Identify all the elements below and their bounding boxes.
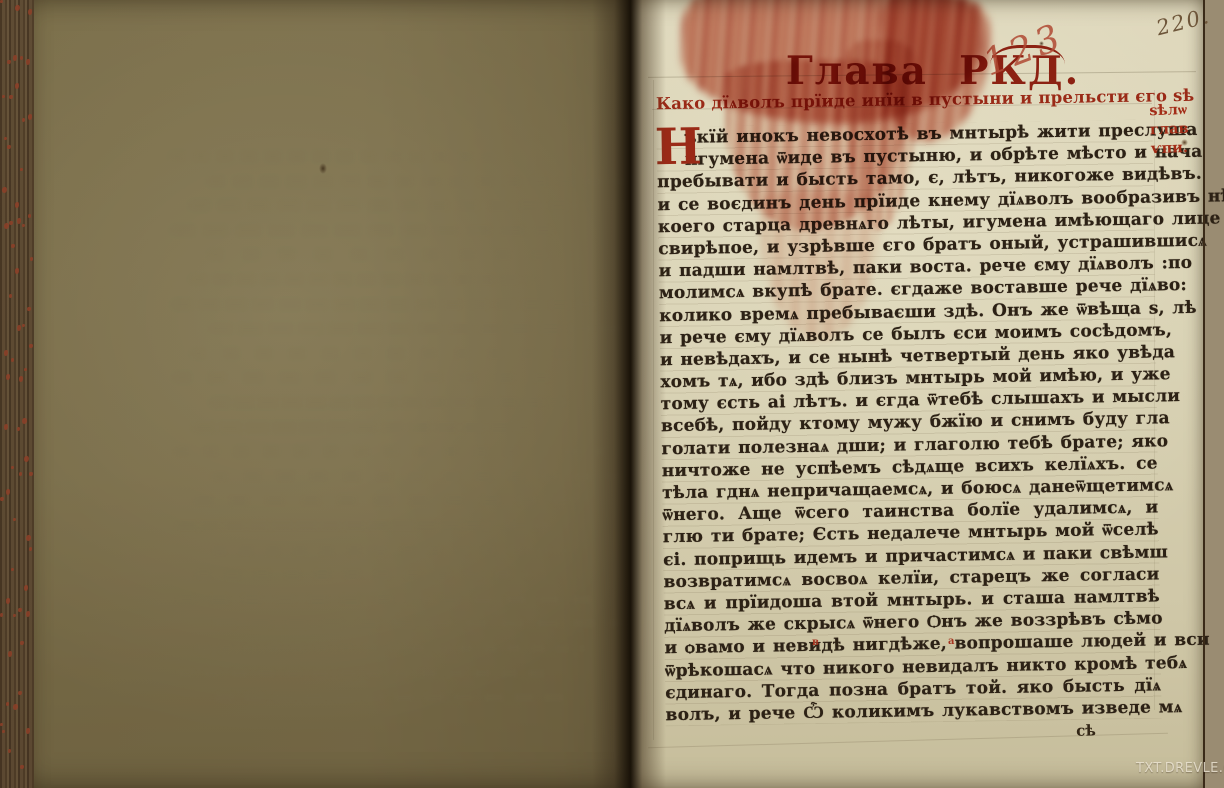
fore-edge-speckle: [19, 376, 23, 381]
fore-edge-speckle: [7, 60, 11, 65]
fore-edge-speckle: [9, 95, 13, 100]
fore-edge-speckle: [24, 456, 29, 462]
fore-edge-speckle: [11, 244, 14, 248]
bleed-through-text-row: [191, 349, 589, 358]
chapter-heading-word: Глава: [786, 48, 928, 94]
fore-edge-speckle: [2, 187, 7, 193]
bleed-through-text-row: [173, 373, 552, 382]
fore-edge-speckle: [13, 704, 18, 710]
bleed-through-text-row: [189, 201, 591, 210]
catchword: сѣ: [1076, 721, 1096, 739]
bleed-through-text-row: [190, 275, 535, 284]
ink-speck: [683, 444, 687, 448]
text-block: Како дїѧволъ прїиде инїи в пустыни и пре…: [656, 86, 1162, 726]
fore-edge-speckle: [18, 608, 22, 613]
fore-edge-speckle: [22, 324, 25, 327]
manuscript-body: ѣкїй инокъ невосхотѣ въ мнтырѣ жити прес…: [656, 119, 1161, 726]
bleed-through-text-row: [207, 177, 628, 186]
fore-edge-speckle: [28, 114, 32, 119]
fore-edge-speckle: [0, 0, 3, 3]
fore-edge-speckle: [22, 418, 27, 424]
fore-edge-speckle: [8, 651, 12, 656]
fore-edge-speckle: [6, 598, 10, 603]
fore-edge-speckle: [20, 765, 23, 769]
bleed-through-text-row: [214, 693, 566, 702]
bleed-through-text-row: [209, 324, 626, 333]
fore-edge-speckle: [15, 268, 19, 273]
fore-edge-speckle: [28, 9, 32, 15]
fore-edge-speckle: [15, 202, 19, 208]
fore-edge-speckle: [11, 568, 14, 571]
bleed-through-text-row: [174, 447, 606, 456]
fore-edge-speckle: [17, 325, 21, 330]
site-watermark: TXT.DREVLE.COM: [1136, 761, 1224, 776]
book-scan: Глава РКД. 220. 123 ѕѣлѡ глав ѵпи. Како …: [0, 0, 1224, 788]
ink-blot: [319, 163, 327, 174]
fore-edge-speckle: [27, 307, 31, 312]
interlinear-mark: а: [948, 636, 954, 647]
fore-edge-speckle: [7, 145, 10, 149]
bleed-through-text-row: [175, 521, 550, 530]
bleed-through-text-row: [170, 152, 500, 161]
bleed-through-text-row: [194, 570, 531, 579]
fore-edge-speckle: [0, 497, 3, 501]
bleed-through-text-row: [213, 619, 622, 628]
fore-edge-speckle: [18, 691, 21, 695]
fore-edge-speckle: [24, 368, 27, 371]
fore-edge-speckle: [26, 728, 30, 734]
fore-edge-speckle: [13, 614, 16, 617]
fore-edge-speckle: [26, 59, 30, 64]
bleed-through-text-row: [195, 644, 585, 653]
ink-blot: [1181, 139, 1188, 146]
fore-edge-speckle: [15, 5, 20, 11]
bleed-through-text-row: [192, 423, 533, 432]
bleed-through-text-row: [193, 496, 587, 505]
fore-edge-speckle: [29, 344, 33, 349]
fore-edge-speckle: [4, 424, 8, 430]
right-page-edge: [1203, 0, 1224, 788]
fore-edge-speckle: [6, 489, 10, 495]
fore-edge-speckle: [17, 218, 21, 224]
bleed-through-text-row: [171, 226, 554, 235]
fore-edge-speckle: [2, 95, 5, 98]
interlinear-mark: в: [812, 637, 819, 648]
fore-edge-speckle: [4, 137, 7, 140]
bleed-through-text-row: [210, 398, 570, 407]
bleed-through-text-row: [176, 595, 604, 604]
fore-edge-speckle: [29, 472, 32, 476]
bleed-through-text-row: [211, 472, 624, 481]
bleed-through-text-row: [172, 300, 608, 309]
fore-edge-speckle: [26, 535, 31, 541]
fore-edge-speckle: [9, 221, 12, 225]
fore-edge-speckle: [20, 641, 24, 646]
bleed-through-text-row: [177, 669, 548, 678]
book-gutter: [592, 0, 666, 788]
fore-edge-speckle: [4, 223, 9, 229]
bleed-through-text-row: [212, 546, 568, 555]
bleed-through-text-row: [208, 250, 572, 259]
